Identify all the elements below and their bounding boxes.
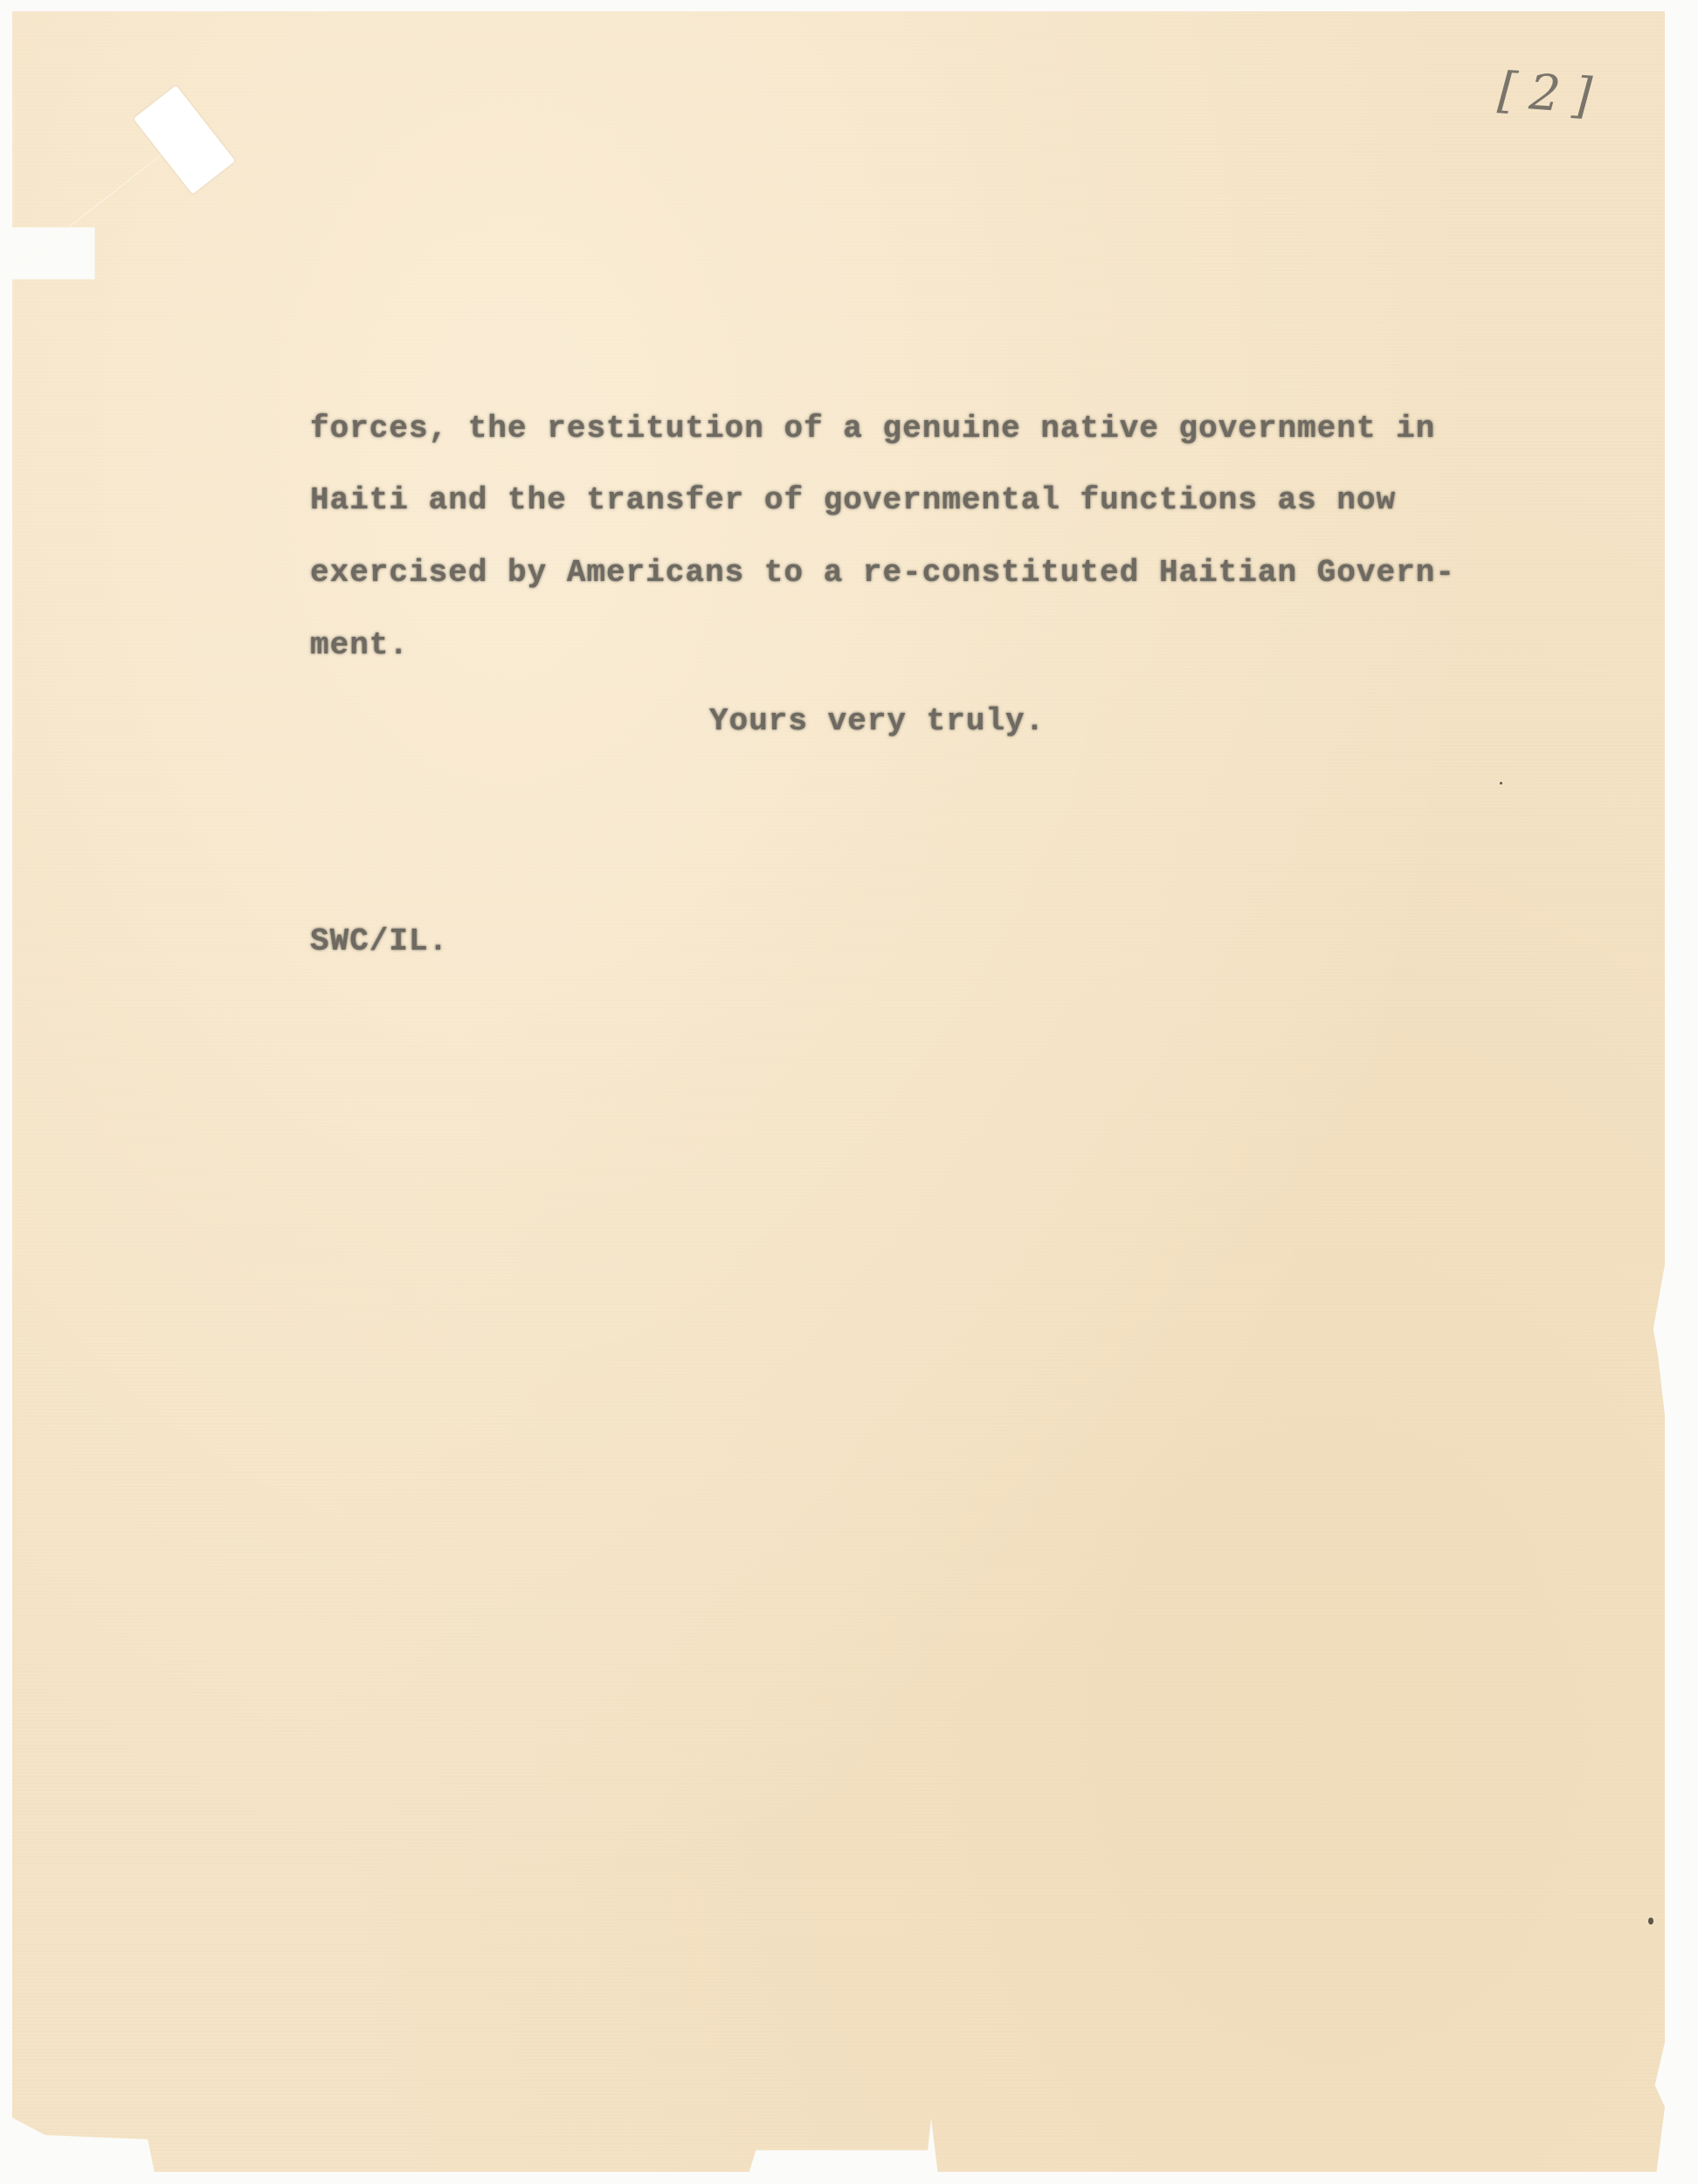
- body-line-3: exercised by Americans to a re-constitut…: [310, 557, 1455, 589]
- body-line-2: Haiti and the transfer of governmental f…: [310, 485, 1396, 516]
- body-line-4: ment.: [310, 630, 409, 661]
- scanned-letter-page: [2] forces, the restitution of a genuine…: [0, 0, 1698, 2184]
- paper-speck: [1500, 782, 1502, 784]
- handwritten-page-number: [2]: [1496, 62, 1606, 126]
- reference-initials: SWC/IL.: [310, 926, 448, 957]
- paper-sheet: [12, 11, 1665, 2172]
- closing-salutation: Yours very truly.: [709, 706, 1045, 737]
- body-line-1: forces, the restitution of a genuine nat…: [310, 413, 1435, 445]
- paper-speck: [1648, 1918, 1653, 1925]
